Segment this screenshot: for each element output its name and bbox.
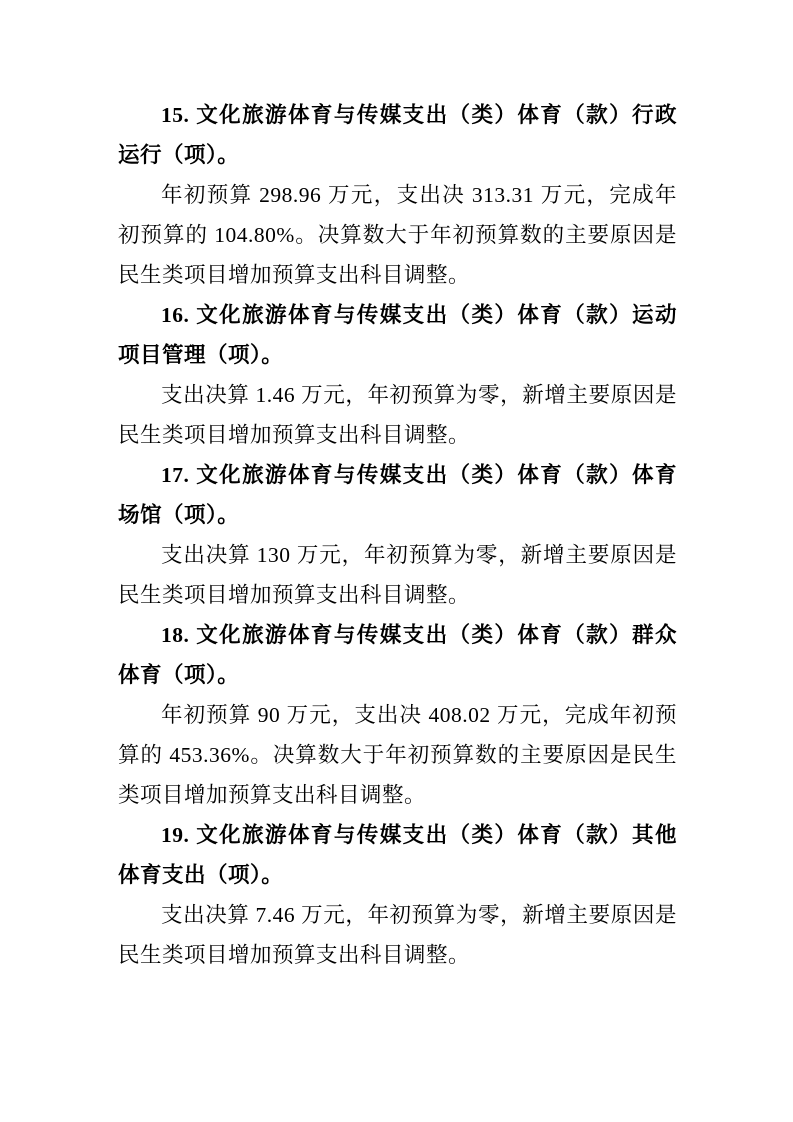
budget-section-16: 16. 文化旅游体育与传媒支出（类）体育（款）运动项目管理（项）。 支出决算 1… [118, 295, 677, 455]
budget-section-17: 17. 文化旅游体育与传媒支出（类）体育（款）体育场馆（项）。 支出决算 130… [118, 455, 677, 615]
section-heading-17: 17. 文化旅游体育与传媒支出（类）体育（款）体育场馆（项）。 [118, 455, 677, 535]
section-body-18: 年初预算 90 万元，支出决 408.02 万元，完成年初预算的 453.36%… [118, 695, 677, 815]
budget-section-15: 15. 文化旅游体育与传媒支出（类）体育（款）行政运行（项）。 年初预算 298… [118, 95, 677, 295]
section-body-19: 支出决算 7.46 万元，年初预算为零，新增主要原因是民生类项目增加预算支出科目… [118, 895, 677, 975]
budget-section-18: 18. 文化旅游体育与传媒支出（类）体育（款）群众体育（项）。 年初预算 90 … [118, 615, 677, 815]
section-heading-18: 18. 文化旅游体育与传媒支出（类）体育（款）群众体育（项）。 [118, 615, 677, 695]
section-heading-16: 16. 文化旅游体育与传媒支出（类）体育（款）运动项目管理（项）。 [118, 295, 677, 375]
section-body-15: 年初预算 298.96 万元，支出决 313.31 万元，完成年初预算的 104… [118, 175, 677, 295]
document-page: 15. 文化旅游体育与传媒支出（类）体育（款）行政运行（项）。 年初预算 298… [0, 0, 793, 1122]
section-heading-15: 15. 文化旅游体育与传媒支出（类）体育（款）行政运行（项）。 [118, 95, 677, 175]
section-body-17: 支出决算 130 万元，年初预算为零，新增主要原因是民生类项目增加预算支出科目调… [118, 535, 677, 615]
section-body-16: 支出决算 1.46 万元，年初预算为零，新增主要原因是民生类项目增加预算支出科目… [118, 375, 677, 455]
budget-section-19: 19. 文化旅游体育与传媒支出（类）体育（款）其他体育支出（项）。 支出决算 7… [118, 815, 677, 975]
section-heading-19: 19. 文化旅游体育与传媒支出（类）体育（款）其他体育支出（项）。 [118, 815, 677, 895]
